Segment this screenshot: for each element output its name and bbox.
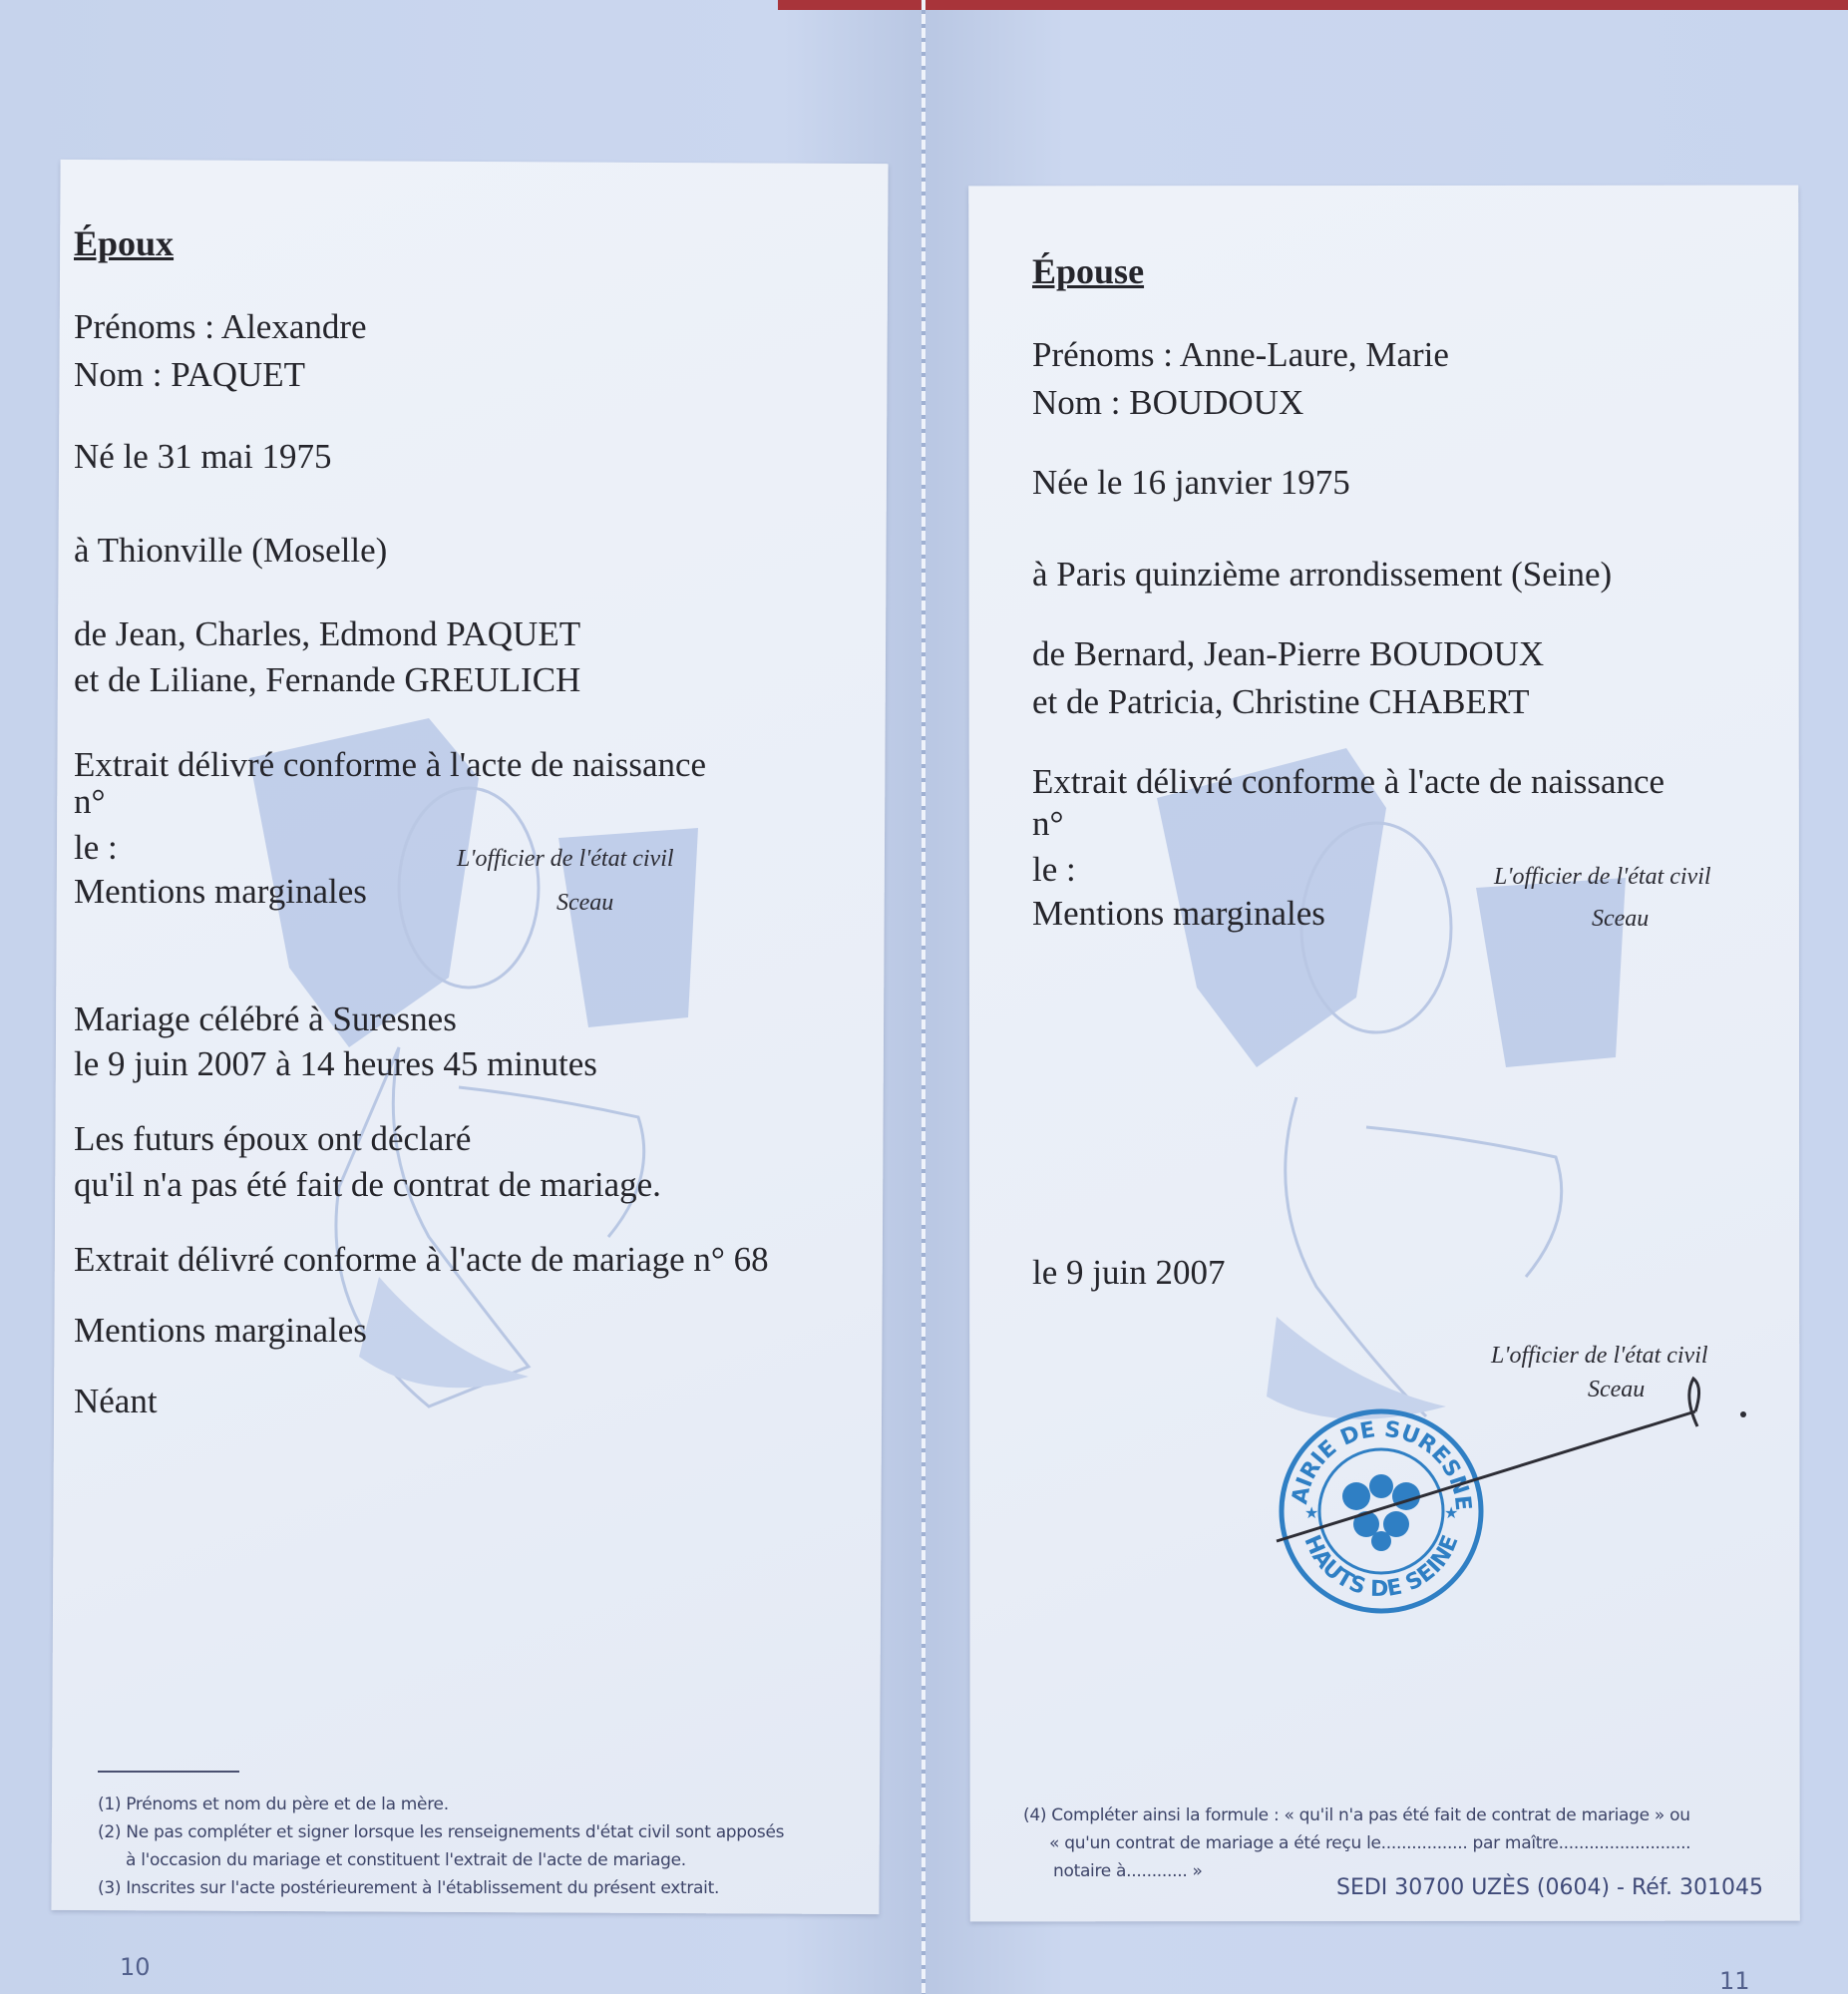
epouse-extrait-naissance: Extrait délivré conforme à l'acte de nai…: [1032, 760, 1664, 804]
page-number-left: 10: [120, 1953, 151, 1981]
mariage-date-heure: le 9 juin 2007 à 14 heures 45 minutes: [74, 1042, 597, 1086]
epouse-lieu: à Paris quinzième arrondissement (Seine): [1032, 553, 1612, 597]
mariage-contrat-line-1: Les futurs époux ont déclaré: [74, 1117, 471, 1161]
epouse-pere: de Bernard, Jean-Pierre BOUDOUX: [1032, 632, 1544, 676]
signature-date: le 9 juin 2007: [1032, 1251, 1225, 1295]
footnote-4: (4) Compléter ainsi la formule : « qu'il…: [1023, 1801, 1690, 1829]
footnote-4-cont-2: notaire à............ »: [1053, 1857, 1203, 1885]
epouse-nom: Nom : BOUDOUX: [1032, 381, 1303, 425]
epouse-mere: et de Patricia, Christine CHABERT: [1032, 680, 1530, 724]
epouse-sceau-label: Sceau: [1592, 904, 1649, 934]
epouse-naissance: Née le 16 janvier 1975: [1032, 461, 1350, 505]
mariage-lieu: Mariage célébré à Suresnes: [74, 997, 457, 1041]
footnote-4-cont-1: « qu'un contrat de mariage a été reçu le…: [1049, 1829, 1690, 1857]
footnote-rule: [98, 1771, 239, 1773]
epoux-extrait-naissance: Extrait délivré conforme à l'acte de nai…: [74, 743, 706, 787]
epoux-prenoms: Prénoms : Alexandre: [74, 305, 367, 349]
page-number-right: 11: [1719, 1967, 1750, 1994]
footnote-2-cont: à l'occasion du mariage et constituent l…: [126, 1846, 686, 1874]
epoux-nom: Nom : PAQUET: [74, 353, 305, 397]
epouse-le: le :: [1032, 848, 1076, 892]
mariage-neant: Néant: [74, 1380, 158, 1423]
epouse-officier-label: L'officier de l'état civil: [1494, 862, 1711, 892]
mariage-extrait: Extrait délivré conforme à l'acte de mar…: [74, 1238, 769, 1282]
epoux-mentions: Mentions marginales: [74, 870, 367, 914]
printer-reference: SEDI 30700 UZÈS (0604) - Réf. 301045: [1336, 1875, 1763, 1900]
booklet-cover-edge: [778, 0, 1848, 10]
heading-epouse: Épouse: [1032, 249, 1144, 293]
heading-epoux: Époux: [74, 221, 174, 265]
footnote-1: (1) Prénoms et nom du père et de la mère…: [98, 1791, 449, 1818]
mariage-mentions: Mentions marginales: [74, 1309, 367, 1353]
footnote-3: (3) Inscrites sur l'acte postérieurement…: [98, 1874, 719, 1902]
epoux-lieu: à Thionville (Moselle): [74, 529, 387, 573]
epoux-mere: et de Liliane, Fernande GREULICH: [74, 658, 580, 702]
epouse-prenoms: Prénoms : Anne-Laure, Marie: [1032, 333, 1449, 377]
epoux-officier-label: L'officier de l'état civil: [457, 844, 674, 874]
epouse-mentions: Mentions marginales: [1032, 892, 1325, 936]
sheet-epouse: [968, 186, 1800, 1922]
epoux-le: le :: [74, 826, 118, 870]
mariage-contrat-line-2: qu'il n'a pas été fait de contrat de mar…: [74, 1163, 661, 1207]
epouse-numero: n°: [1032, 802, 1064, 846]
footnote-2: (2) Ne pas compléter et signer lorsque l…: [98, 1818, 784, 1846]
booklet-spine-stitching: [922, 0, 925, 1994]
epoux-numero: n°: [74, 780, 106, 824]
epoux-naissance: Né le 31 mai 1975: [74, 435, 332, 479]
epoux-sceau-label: Sceau: [556, 888, 613, 918]
officer-signature: [1267, 1367, 1765, 1566]
epoux-pere: de Jean, Charles, Edmond PAQUET: [74, 612, 580, 656]
